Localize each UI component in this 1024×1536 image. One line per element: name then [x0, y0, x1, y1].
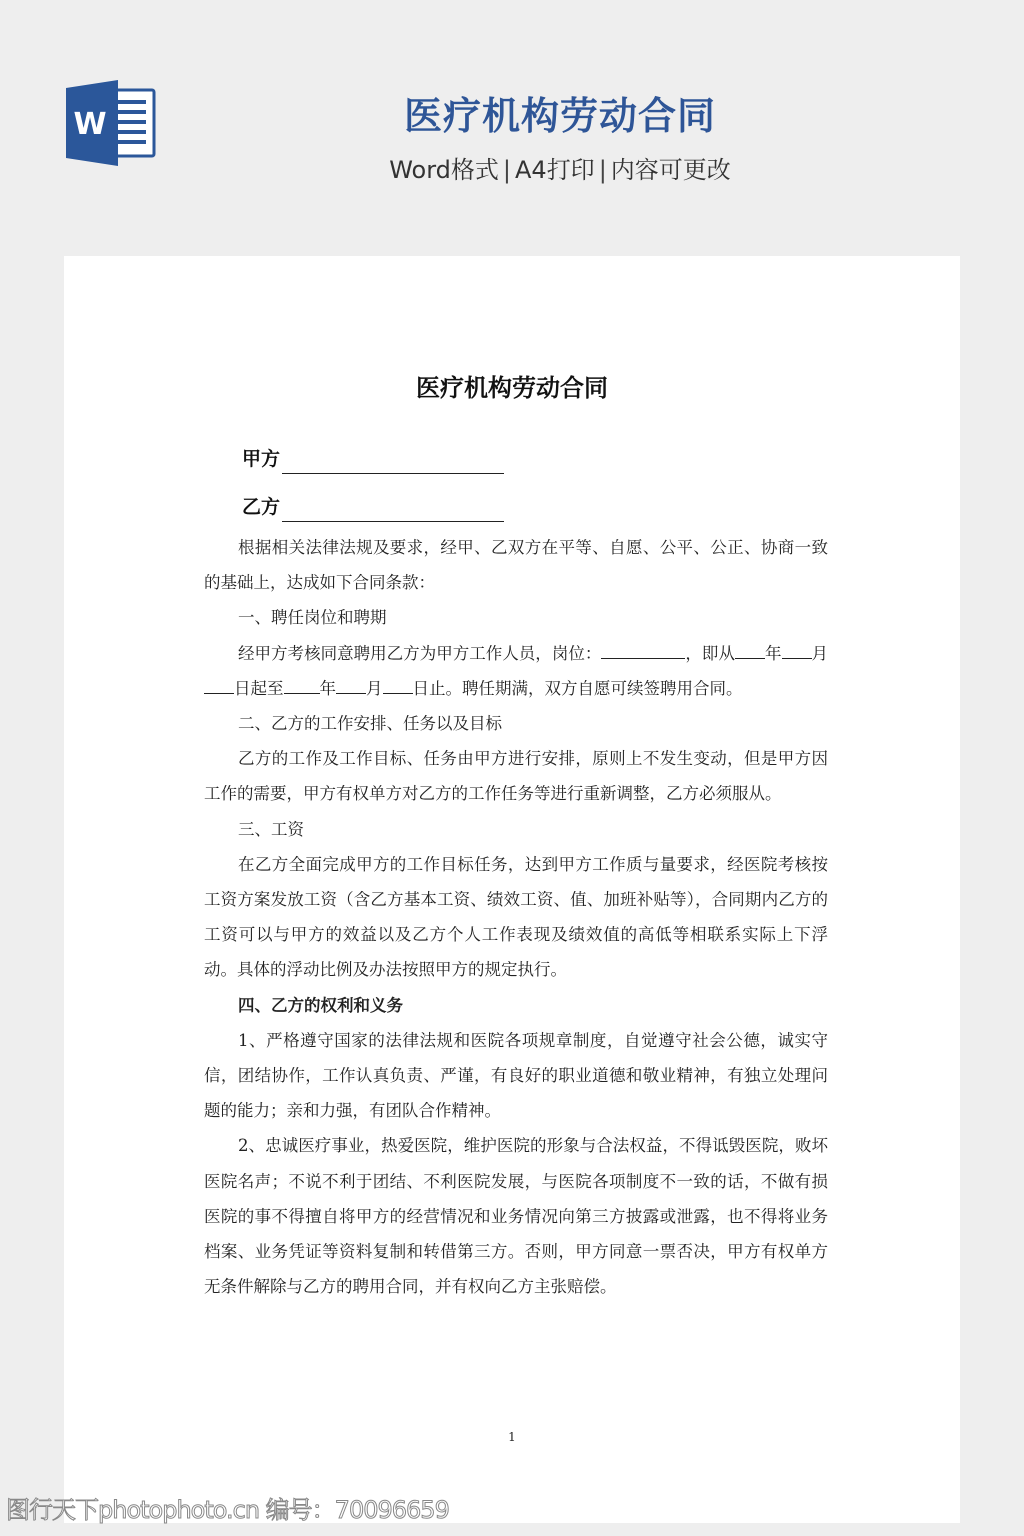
end-month-blank[interactable]: [336, 676, 366, 694]
subtitle-format: Word格式: [389, 156, 499, 184]
party-b-blank[interactable]: [282, 499, 504, 522]
party-b-line: 乙方: [242, 492, 504, 522]
end-day-blank[interactable]: [383, 676, 413, 694]
banner-title: 医疗机构劳动合同: [330, 92, 790, 140]
section-3-heading: 三、工资: [204, 812, 828, 847]
start-day-blank[interactable]: [204, 676, 234, 694]
s1-text: 月: [366, 679, 383, 698]
start-month-blank[interactable]: [782, 641, 812, 659]
section-4-heading: 四、乙方的权利和义务: [204, 988, 828, 1023]
document-title: 医疗机构劳动合同: [64, 368, 960, 408]
start-year-blank[interactable]: [735, 641, 765, 659]
subtitle-separator: |: [595, 156, 611, 184]
section-4-item-2: 2、忠诚医疗事业，热爱医院，维护医院的形象与合法权益，不得诋毁医院，败坏医院名声…: [204, 1128, 828, 1304]
section-2-paragraph: 乙方的工作及工作目标、任务由甲方进行安排，原则上不发生变动，但是甲方因工作的需要…: [204, 741, 828, 811]
document-page: 医疗机构劳动合同 甲方 乙方 根据相关法律法规及要求，经甲、乙双方在平等、自愿、…: [64, 256, 960, 1523]
document-body: 根据相关法律法规及要求，经甲、乙双方在平等、自愿、公平、公正、协商一致的基础上，…: [204, 530, 828, 1304]
subtitle-separator: |: [499, 156, 515, 184]
section-2-heading: 二、乙方的工作安排、任务以及目标: [204, 706, 828, 741]
s1-text: ，即从: [685, 644, 735, 663]
s1-text: 年: [320, 679, 337, 698]
s1-text: 日起至: [234, 679, 284, 698]
section-1-heading: 一、聘任岗位和聘期: [204, 600, 828, 635]
end-year-blank[interactable]: [284, 676, 320, 694]
section-4-item-1: 1、严格遵守国家的法律法规和医院各项规章制度，自觉遵守社会公德，诚实守信，团结协…: [204, 1023, 828, 1129]
section-1-paragraph: 经甲方考核同意聘用乙方为甲方工作人员，岗位：，即从年月日起至年月日止。聘任期满，…: [204, 636, 828, 706]
s1-text: 日止。聘任期满，双方自愿可续签聘用合同。: [413, 679, 743, 698]
watermark: 图行天下photophoto.cn 编号：70096659: [6, 1490, 449, 1525]
position-blank[interactable]: [601, 641, 685, 659]
banner: W 医疗机构劳动合同 Word格式|A4打印|内容可更改: [0, 0, 1024, 256]
s1-text: 经甲方考核同意聘用乙方为甲方工作人员，岗位：: [238, 644, 601, 663]
party-a-line: 甲方: [242, 444, 504, 474]
party-a-blank[interactable]: [282, 451, 504, 474]
svg-text:W: W: [73, 107, 106, 142]
page-number: 1: [64, 1430, 960, 1444]
word-icon: W: [64, 80, 158, 166]
s1-text: 月: [812, 644, 829, 663]
s1-text: 年: [765, 644, 782, 663]
subtitle-editable: 内容可更改: [611, 156, 731, 184]
section-3-paragraph: 在乙方全面完成甲方的工作目标任务，达到甲方工作质与量要求，经医院考核按工资方案发…: [204, 847, 828, 988]
party-a-label: 甲方: [242, 444, 280, 474]
subtitle-print: A4打印: [515, 156, 595, 184]
intro-paragraph: 根据相关法律法规及要求，经甲、乙双方在平等、自愿、公平、公正、协商一致的基础上，…: [204, 530, 828, 600]
banner-subtitle: Word格式|A4打印|内容可更改: [330, 152, 790, 188]
party-b-label: 乙方: [242, 492, 280, 522]
